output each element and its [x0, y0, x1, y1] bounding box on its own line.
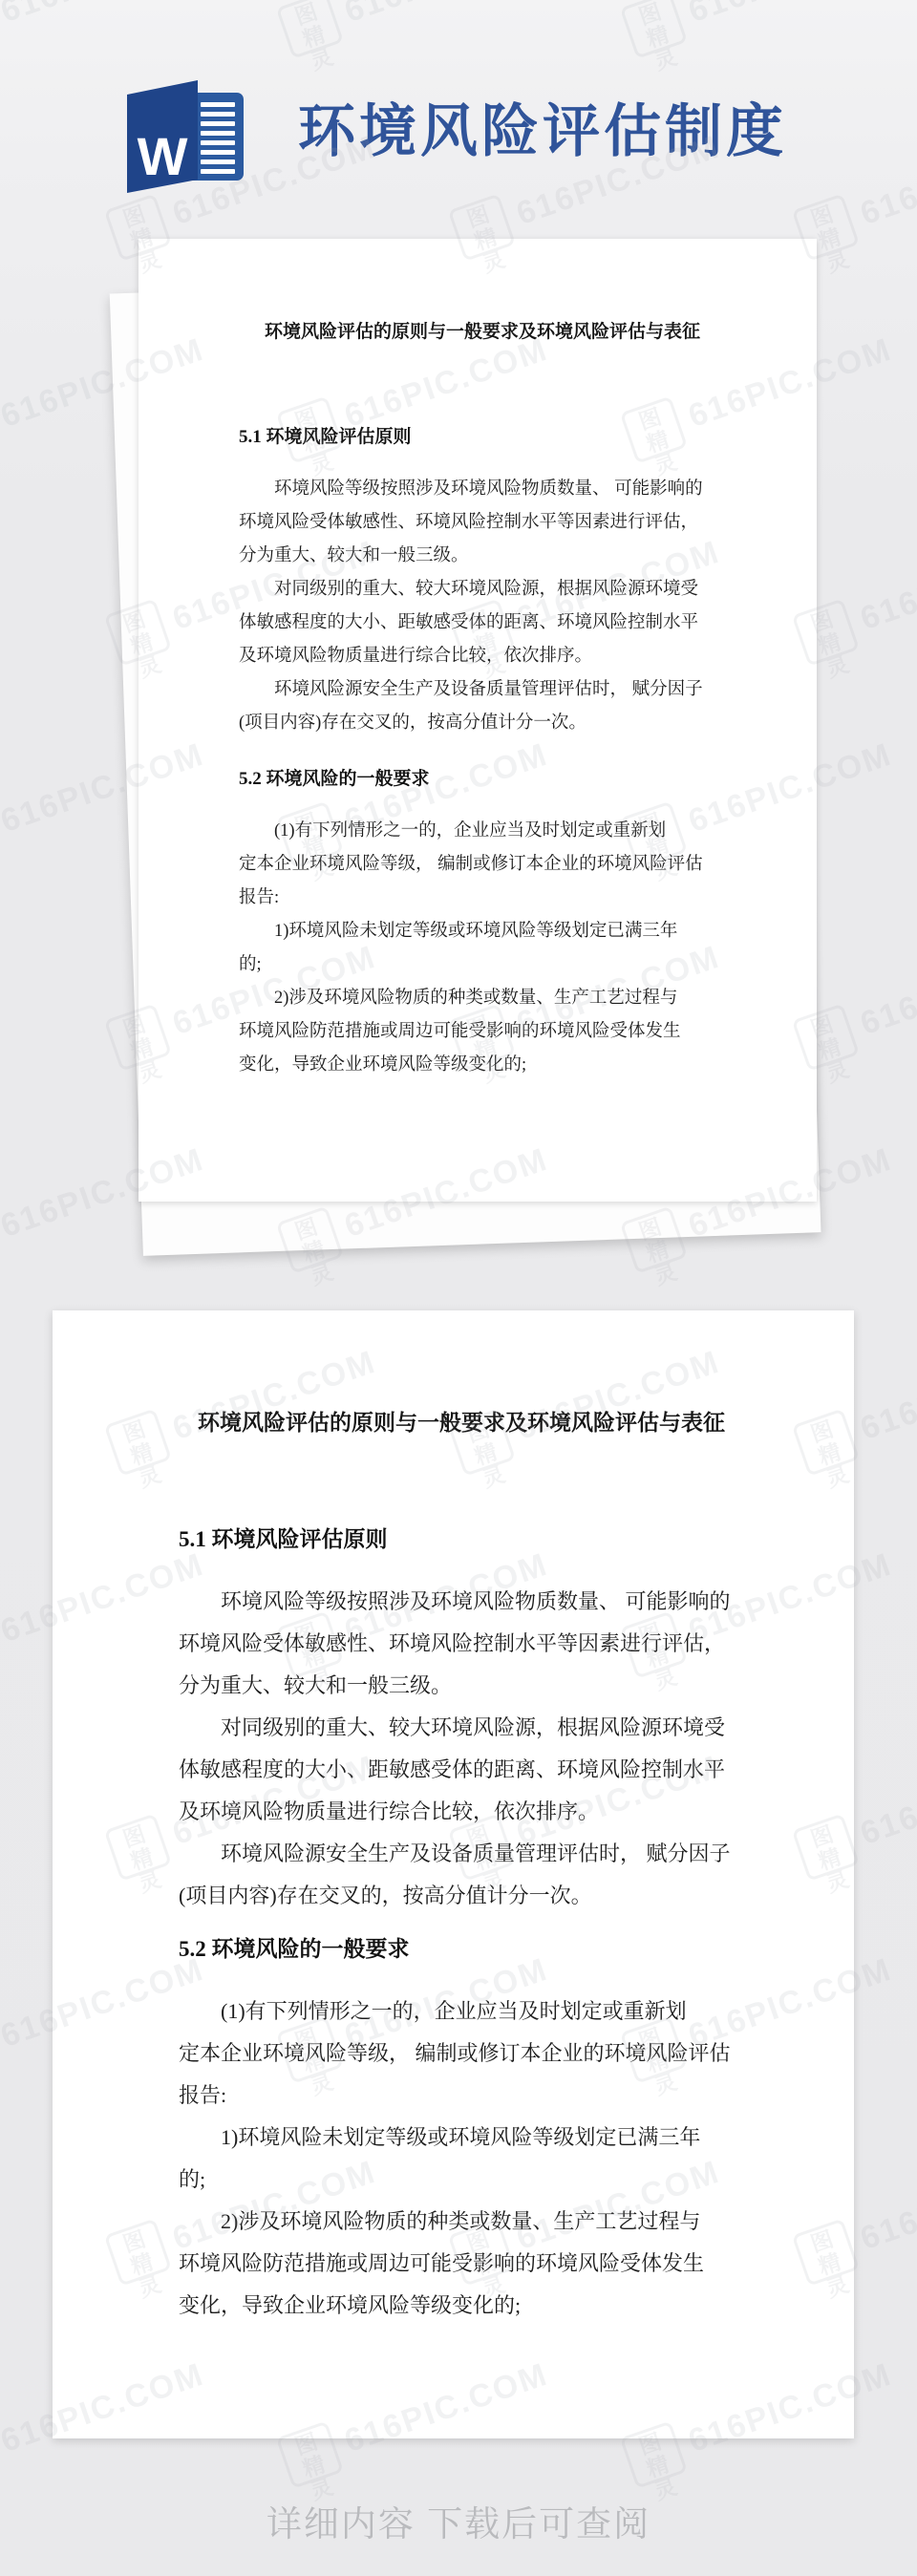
watermark-text: 616PIC.COM — [856, 2153, 917, 2257]
watermark: 图精灵616PIC.COM — [276, 0, 556, 59]
page: W 环境风险评估制度 环境风险评估的原则与一般要求及环境风险评估与表征5.1 环… — [0, 0, 917, 2576]
section-heading: 5.2 环境风险的一般要求 — [239, 762, 726, 796]
word-icon: W — [127, 79, 244, 194]
document-preview-large: 环境风险评估的原则与一般要求及环境风险评估与表征5.1 环境风险评估原则 环境风… — [53, 1310, 854, 2438]
section-heading: 5.2 环境风险的一般要求 — [179, 1928, 744, 1970]
document-preview-small: 环境风险评估的原则与一般要求及环境风险评估与表征5.1 环境风险评估原则 环境风… — [139, 239, 817, 1202]
doc-line: (1)有下列情形之一的，企业应当及时划定或重新划 — [239, 815, 726, 848]
paragraph: 环境风险源安全生产及设备质量管理评估时， 赋分因子(项目内容)存在交叉的，按高分… — [179, 1833, 744, 1917]
doc-line: 环境风险受体敏感性、环境风险控制水平等因素进行评估， — [179, 1623, 744, 1665]
small-preview-content: 环境风险评估的原则与一般要求及环境风险评估与表征5.1 环境风险评估原则 环境风… — [139, 239, 817, 1082]
large-preview-content: 环境风险评估的原则与一般要求及环境风险评估与表征5.1 环境风险评估原则 环境风… — [53, 1310, 854, 2327]
doc-line: 的; — [239, 948, 726, 982]
doc-line: 对同级别的重大、较大环境风险源，根据风险源环境受 — [239, 573, 726, 607]
doc-line: 2)涉及环境风险物质的种类或数量、生产工艺过程与 — [179, 2201, 744, 2243]
paragraph: 2)涉及环境风险物质的种类或数量、生产工艺过程与环境风险防范措施或周边可能受影响… — [239, 982, 726, 1082]
doc-line: 分为重大、较大和一般三级。 — [239, 540, 726, 573]
watermark-text: 616PIC.COM — [856, 938, 917, 1042]
doc-line: 环境风险受体敏感性、环境风险控制水平等因素进行评估， — [239, 506, 726, 540]
doc-line: 环境风险防范措施或周边可能受影响的环境风险受体发生 — [239, 1015, 726, 1049]
paragraph: (1)有下列情形之一的，企业应当及时划定或重新划定本企业环境风险等级， 编制或修… — [179, 1991, 744, 2117]
word-icon-letter: W — [138, 126, 188, 186]
watermark-text: 616PIC.COM — [856, 1748, 917, 1852]
doc-line: 分为重大、较大和一般三级。 — [179, 1665, 744, 1707]
doc-line: 环境风险防范措施或周边可能受影响的环境风险受体发生 — [179, 2243, 744, 2285]
watermark-text: 616PIC.COM — [340, 0, 553, 31]
large-preview-page: 环境风险评估的原则与一般要求及环境风险评估与表征5.1 环境风险评估原则 环境风… — [53, 1310, 854, 2438]
doc-line: 变化，导致企业环境风险等级变化的; — [239, 1049, 726, 1082]
paragraph: 环境风险等级按照涉及环境风险物质数量、 可能影响的环境风险受体敏感性、环境风险控… — [179, 1581, 744, 1707]
doc-line: 环境风险源安全生产及设备质量管理评估时， 赋分因子 — [239, 673, 726, 707]
doc-line: 环境风险等级按照涉及环境风险物质数量、 可能影响的 — [179, 1581, 744, 1623]
section-heading: 5.1 环境风险评估原则 — [179, 1519, 744, 1561]
watermark-text: 616PIC.COM — [856, 128, 917, 232]
doc-line: (项目内容)存在交叉的，按高分值计分一次。 — [179, 1875, 744, 1917]
doc-line: 报告: — [239, 882, 726, 915]
watermark: 图精灵616PIC.COM — [620, 0, 900, 59]
doc-line: 的; — [179, 2159, 744, 2201]
paragraph: (1)有下列情形之一的，企业应当及时划定或重新划定本企业环境风险等级， 编制或修… — [239, 815, 726, 915]
doc-line: 及环境风险物质量进行综合比较，依次排序。 — [179, 1791, 744, 1833]
watermark-text: 616PIC.COM — [856, 1343, 917, 1447]
section-heading: 5.1 环境风险评估原则 — [239, 420, 726, 454]
doc-line: 环境风险源安全生产及设备质量管理评估时， 赋分因子 — [179, 1833, 744, 1875]
doc-line: 环境风险等级按照涉及环境风险物质数量、 可能影响的 — [239, 473, 726, 506]
doc-line: 1)环境风险未划定等级或环境风险等级划定已满三年 — [179, 2117, 744, 2159]
watermark-text: 616PIC.COM — [856, 533, 917, 637]
paragraph: 对同级别的重大、较大环境风险源，根据风险源环境受体敏感程度的大小、距敏感受体的距… — [239, 573, 726, 673]
doc-line: 1)环境风险未划定等级或环境风险等级划定已满三年 — [239, 915, 726, 948]
doc-line: 对同级别的重大、较大环境风险源，根据风险源环境受 — [179, 1707, 744, 1749]
doc-line: 体敏感程度的大小、距敏感受体的距离、环境风险控制水平 — [239, 607, 726, 640]
doc-line: 报告: — [179, 2075, 744, 2117]
small-preview-page: 环境风险评估的原则与一般要求及环境风险评估与表征5.1 环境风险评估原则 环境风… — [139, 239, 817, 1202]
watermark-badge: 图精灵 — [276, 0, 344, 59]
doc-line: 定本企业环境风险等级， 编制或修订本企业的环境风险评估 — [179, 2033, 744, 2075]
doc-line: 体敏感程度的大小、距敏感受体的距离、环境风险控制水平 — [179, 1749, 744, 1791]
paragraph: 1)环境风险未划定等级或环境风险等级划定已满三年的; — [179, 2117, 744, 2201]
page-title: 环境风险评估制度 — [298, 101, 787, 162]
doc-line: 定本企业环境风险等级， 编制或修订本企业的环境风险评估 — [239, 848, 726, 882]
watermark: 图精灵616PIC.COM — [0, 0, 211, 59]
doc-line: 2)涉及环境风险物质的种类或数量、生产工艺过程与 — [239, 982, 726, 1015]
doc-title: 环境风险评估的原则与一般要求及环境风险评估与表征 — [179, 1402, 744, 1444]
watermark-badge: 图精灵 — [620, 0, 688, 59]
watermark-text: 616PIC.COM — [684, 0, 897, 31]
doc-line: (1)有下列情形之一的，企业应当及时划定或重新划 — [179, 1991, 744, 2033]
paragraph: 1)环境风险未划定等级或环境风险等级划定已满三年的; — [239, 915, 726, 982]
paragraph: 2)涉及环境风险物质的种类或数量、生产工艺过程与环境风险防范措施或周边可能受影响… — [179, 2201, 744, 2327]
watermark-text: 616PIC.COM — [0, 0, 209, 31]
doc-line: 变化，导致企业环境风险等级变化的; — [179, 2285, 744, 2327]
paragraph: 环境风险源安全生产及设备质量管理评估时， 赋分因子(项目内容)存在交叉的，按高分… — [239, 673, 726, 740]
doc-line: (项目内容)存在交叉的，按高分值计分一次。 — [239, 707, 726, 740]
paragraph: 对同级别的重大、较大环境风险源，根据风险源环境受体敏感程度的大小、距敏感受体的距… — [179, 1707, 744, 1833]
footer-note: 详细内容 下载后可查阅 — [0, 2495, 917, 2546]
paragraph: 环境风险等级按照涉及环境风险物质数量、 可能影响的环境风险受体敏感性、环境风险控… — [239, 473, 726, 573]
doc-line: 及环境风险物质量进行综合比较，依次排序。 — [239, 640, 726, 673]
doc-title: 环境风险评估的原则与一般要求及环境风险评估与表征 — [239, 315, 726, 349]
